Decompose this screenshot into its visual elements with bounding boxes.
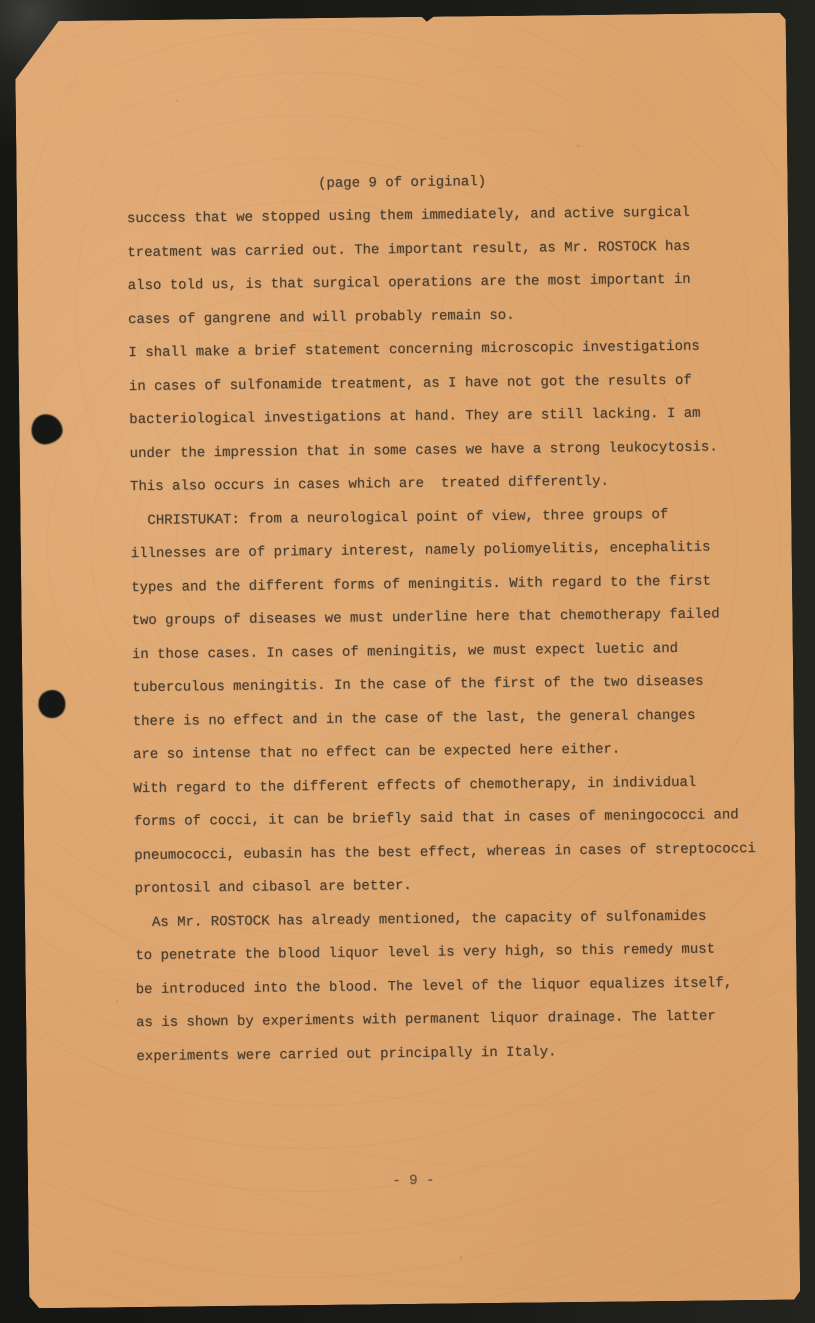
text-line: experiments were carried out principally… <box>136 1033 786 1074</box>
document-body: success that we stopped using them immed… <box>127 196 787 1074</box>
typewritten-text-layer: (page 9 of original) success that we sto… <box>15 13 801 1309</box>
page-number-footer: - 9 - <box>28 1161 799 1203</box>
document-page: (page 9 of original) success that we sto… <box>15 13 801 1309</box>
